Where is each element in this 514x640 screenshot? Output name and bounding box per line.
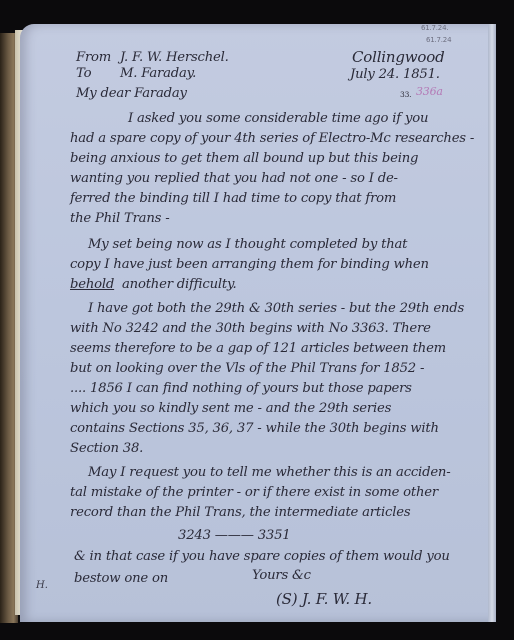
body-line: which you so kindly sent me - and the 29… <box>70 401 391 416</box>
body-line: .... 1856 I can find nothing of yours bu… <box>70 381 412 396</box>
page-edge <box>488 24 496 622</box>
body-line: with No 3242 and the 30th begins with No… <box>70 321 431 336</box>
archive-ref-2: 61.7.24 <box>426 36 451 44</box>
body-line: seems therefore to be a gap of 121 artic… <box>70 341 446 356</box>
closing: Yours &c <box>252 568 311 583</box>
body-line: record than the Phil Trans, the intermed… <box>70 505 410 520</box>
body-line: copy I have just been arranging them for… <box>70 257 429 272</box>
article-range: 3243 ——— 3351 <box>178 528 290 543</box>
folio-prefix: 33. <box>400 90 411 99</box>
folio-number: 336a <box>416 85 443 98</box>
underlined-word: behold <box>70 277 114 292</box>
date: July 24. 1851. <box>350 67 440 82</box>
body-line: I have got both the 29th & 30th series -… <box>88 301 464 316</box>
from-name: J. F. W. Herschel. <box>120 50 229 65</box>
body-line: Section 38. <box>70 441 143 456</box>
body-line: ferred the binding till I had time to co… <box>70 191 396 206</box>
archive-ref-1: 61.7.24. <box>421 24 448 32</box>
body-line: I asked you some considerable time ago i… <box>128 111 428 126</box>
from-label: From <box>76 50 111 65</box>
margin-note: H. <box>36 580 48 591</box>
body-line: contains Sections 35, 36, 37 - while the… <box>70 421 439 436</box>
body-line: but on looking over the Vls of the Phil … <box>70 361 424 376</box>
salutation: My dear Faraday <box>76 86 187 101</box>
to-name: M. Faraday. <box>120 66 196 81</box>
place: Collingwood <box>352 48 444 66</box>
signature: (S) J. F. W. H. <box>276 590 372 608</box>
to-label: To <box>76 66 91 81</box>
body-line: May I request you to tell me whether thi… <box>88 465 450 480</box>
body-line: the Phil Trans - <box>70 211 169 226</box>
body-line: & in that case if you have spare copies … <box>74 549 450 564</box>
body-line: tal mistake of the printer - or if there… <box>70 485 438 500</box>
body-line: My set being now as I thought completed … <box>88 237 407 252</box>
body-line: wanting you replied that you had not one… <box>70 171 398 186</box>
body-line: being anxious to get them all bound up b… <box>70 151 418 166</box>
body-line: had a spare copy of your 4th series of E… <box>70 131 474 146</box>
body-line: bestow one on <box>74 571 168 586</box>
body-line: another difficulty. <box>122 277 237 292</box>
